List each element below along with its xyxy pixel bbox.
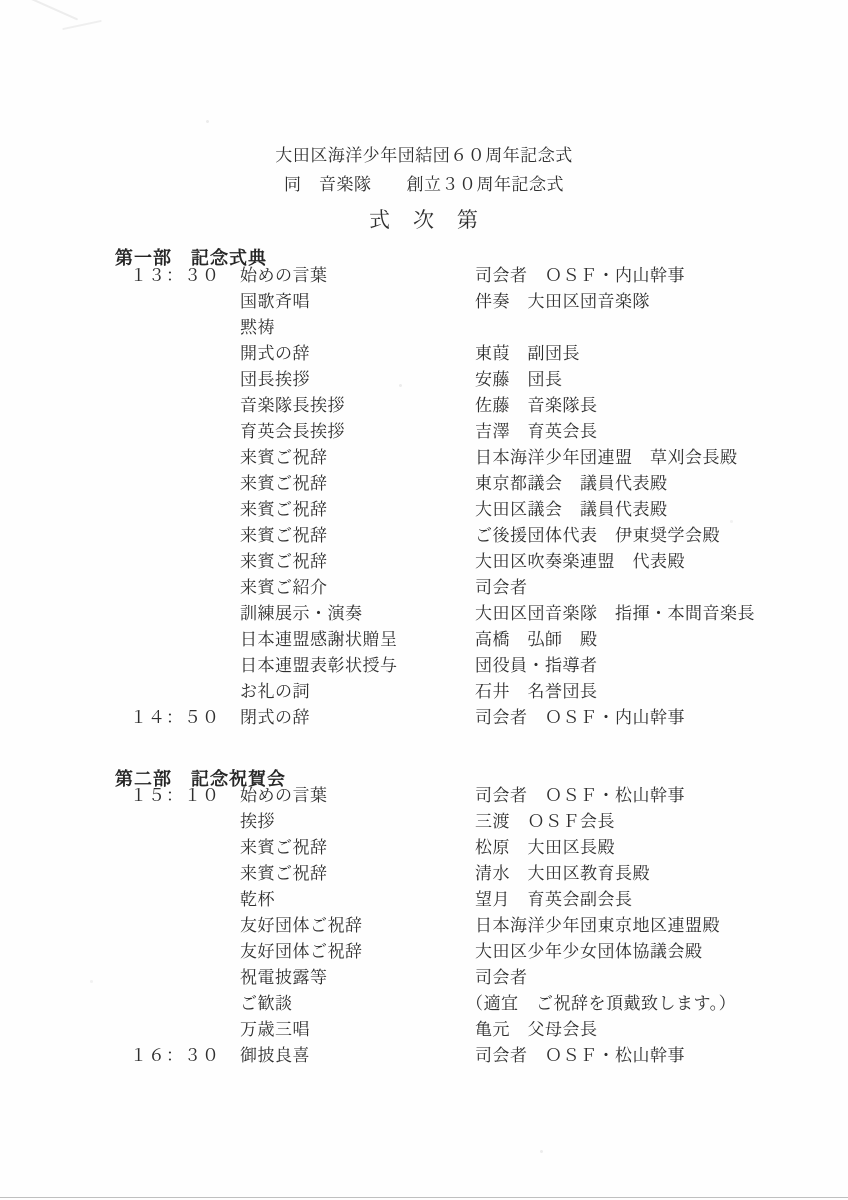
- time-cell: [130, 1017, 240, 1043]
- scan-speck: [540, 1150, 543, 1153]
- program-row: 来賓ご祝辞東京都議会 議員代表殿: [130, 471, 830, 497]
- item-cell: 友好団体ご祝辞: [240, 939, 475, 965]
- item-cell: 国歌斉唱: [240, 289, 475, 315]
- program-row: １６：３０御披良喜司会者 ＯＳＦ・松山幹事: [130, 1043, 830, 1069]
- detail-cell: 伴奏 大田区団音楽隊: [475, 289, 830, 315]
- time-cell: [130, 549, 240, 575]
- time-cell: [130, 913, 240, 939]
- item-cell: 閉式の辞: [240, 705, 475, 731]
- item-cell: 万歳三唱: [240, 1017, 475, 1043]
- detail-cell: 清水 大田区教育長殿: [475, 861, 830, 887]
- program-row: １４：５０閉式の辞司会者 ＯＳＦ・内山幹事: [130, 705, 830, 731]
- detail-cell: 東葭 副団長: [475, 341, 830, 367]
- item-cell: 挨拶: [240, 809, 475, 835]
- detail-cell: 東京都議会 議員代表殿: [475, 471, 830, 497]
- detail-cell: 司会者 ＯＳＦ・内山幹事: [475, 263, 830, 289]
- item-cell: ご歓談: [240, 991, 475, 1017]
- item-cell: 始めの言葉: [240, 263, 475, 289]
- program-row: 乾杯望月 育英会副会長: [130, 887, 830, 913]
- scan-speck: [730, 520, 733, 523]
- scan-speck: [90, 980, 93, 983]
- document-title-block: 大田区海洋少年団結団６０周年記念式 同 音楽隊 創立３０周年記念式 式 次 第: [0, 146, 848, 232]
- detail-cell: （適宜 ご祝辞を頂戴致します。）: [466, 991, 830, 1017]
- time-cell: [130, 887, 240, 913]
- program-row: 来賓ご祝辞大田区議会 議員代表殿: [130, 497, 830, 523]
- program-row: 国歌斉唱伴奏 大田区団音楽隊: [130, 289, 830, 315]
- item-cell: 祝電披露等: [240, 965, 475, 991]
- program-row: 音楽隊長挨拶佐藤 音楽隊長: [130, 393, 830, 419]
- detail-cell: ご後援団体代表 伊東奨学会殿: [475, 523, 830, 549]
- detail-cell: 団役員・指導者: [475, 653, 830, 679]
- item-cell: 御披良喜: [240, 1043, 475, 1069]
- item-cell: 来賓ご祝辞: [240, 523, 475, 549]
- detail-cell: 大田区吹奏楽連盟 代表殿: [475, 549, 830, 575]
- scan-artifact-mark: [62, 20, 102, 30]
- item-cell: 来賓ご祝辞: [240, 471, 475, 497]
- time-cell: [130, 471, 240, 497]
- detail-cell: 吉澤 育英会長: [475, 419, 830, 445]
- time-cell: [130, 445, 240, 471]
- section-1-program-rows: １３：３０始めの言葉司会者 ＯＳＦ・内山幹事国歌斉唱伴奏 大田区団音楽隊黙祷開式…: [130, 263, 830, 731]
- item-cell: 来賓ご祝辞: [240, 549, 475, 575]
- item-cell: お礼の詞: [240, 679, 475, 705]
- program-row: 訓練展示・演奏大田区団音楽隊 指揮・本間音楽長: [130, 601, 830, 627]
- program-row: ご歓談（適宜 ご祝辞を頂戴致します。）: [130, 991, 830, 1017]
- item-cell: 来賓ご紹介: [240, 575, 475, 601]
- program-row: お礼の詞石井 名誉団長: [130, 679, 830, 705]
- detail-cell: 大田区団音楽隊 指揮・本間音楽長: [475, 601, 830, 627]
- time-cell: [130, 991, 240, 1017]
- detail-cell: 三渡 ＯＳＦ会長: [475, 809, 830, 835]
- program-row: １３：３０始めの言葉司会者 ＯＳＦ・内山幹事: [130, 263, 830, 289]
- program-row: 来賓ご紹介司会者: [130, 575, 830, 601]
- time-cell: [130, 575, 240, 601]
- time-cell: [130, 627, 240, 653]
- time-cell: [130, 861, 240, 887]
- scan-speck: [399, 384, 402, 387]
- program-row: 万歳三唱亀元 父母会長: [130, 1017, 830, 1043]
- program-heading: 式 次 第: [0, 208, 848, 232]
- program-row: 育英会長挨拶吉澤 育英会長: [130, 419, 830, 445]
- time-cell: １４：５０: [130, 705, 240, 731]
- time-cell: [130, 679, 240, 705]
- document-title-line-1: 大田区海洋少年団結団６０周年記念式: [0, 146, 848, 166]
- time-cell: [130, 523, 240, 549]
- time-cell: [130, 965, 240, 991]
- detail-cell: 佐藤 音楽隊長: [475, 393, 830, 419]
- detail-cell: 安藤 団長: [475, 367, 830, 393]
- detail-cell: 大田区少年少女団体協議会殿: [475, 939, 830, 965]
- program-row: 日本連盟表彰状授与団役員・指導者: [130, 653, 830, 679]
- time-cell: [130, 497, 240, 523]
- program-row: 挨拶三渡 ＯＳＦ会長: [130, 809, 830, 835]
- time-cell: [130, 367, 240, 393]
- item-cell: 開式の辞: [240, 341, 475, 367]
- program-row: 友好団体ご祝辞日本海洋少年団東京地区連盟殿: [130, 913, 830, 939]
- program-row: １５：１０始めの言葉司会者 ＯＳＦ・松山幹事: [130, 783, 830, 809]
- item-cell: 始めの言葉: [240, 783, 475, 809]
- detail-cell: [475, 315, 830, 341]
- time-cell: [130, 419, 240, 445]
- time-cell: １３：３０: [130, 263, 240, 289]
- time-cell: [130, 341, 240, 367]
- item-cell: 団長挨拶: [240, 367, 475, 393]
- item-cell: 来賓ご祝辞: [240, 497, 475, 523]
- program-row: 日本連盟感謝状贈呈高橋 弘師 殿: [130, 627, 830, 653]
- detail-cell: 石井 名誉団長: [475, 679, 830, 705]
- time-cell: [130, 315, 240, 341]
- time-cell: [130, 835, 240, 861]
- item-cell: 音楽隊長挨拶: [240, 393, 475, 419]
- item-cell: 訓練展示・演奏: [240, 601, 475, 627]
- scan-artifact-mark: [30, 0, 78, 20]
- detail-cell: 司会者 ＯＳＦ・松山幹事: [475, 783, 830, 809]
- time-cell: １５：１０: [130, 783, 240, 809]
- program-row: 来賓ご祝辞日本海洋少年団連盟 草刈会長殿: [130, 445, 830, 471]
- program-row: 団長挨拶安藤 団長: [130, 367, 830, 393]
- time-cell: [130, 289, 240, 315]
- time-cell: [130, 939, 240, 965]
- program-row: 来賓ご祝辞ご後援団体代表 伊東奨学会殿: [130, 523, 830, 549]
- item-cell: 日本連盟表彰状授与: [240, 653, 475, 679]
- item-cell: 来賓ご祝辞: [240, 445, 475, 471]
- detail-cell: 日本海洋少年団東京地区連盟殿: [475, 913, 830, 939]
- document-title-line-2: 同 音楽隊 創立３０周年記念式: [0, 175, 848, 195]
- detail-cell: 司会者: [475, 965, 830, 991]
- item-cell: 友好団体ご祝辞: [240, 913, 475, 939]
- scanned-document-page: 大田区海洋少年団結団６０周年記念式 同 音楽隊 創立３０周年記念式 式 次 第 …: [0, 0, 848, 1200]
- time-cell: [130, 809, 240, 835]
- section-2-program-rows: １５：１０始めの言葉司会者 ＯＳＦ・松山幹事挨拶三渡 ＯＳＦ会長来賓ご祝辞松原 …: [130, 783, 830, 1069]
- scan-speck: [206, 120, 209, 123]
- time-cell: [130, 653, 240, 679]
- detail-cell: 亀元 父母会長: [475, 1017, 830, 1043]
- scan-edge-line: [0, 1197, 848, 1198]
- item-cell: 黙祷: [240, 315, 475, 341]
- program-row: 来賓ご祝辞清水 大田区教育長殿: [130, 861, 830, 887]
- item-cell: 日本連盟感謝状贈呈: [240, 627, 475, 653]
- item-cell: 育英会長挨拶: [240, 419, 475, 445]
- time-cell: [130, 393, 240, 419]
- detail-cell: 大田区議会 議員代表殿: [475, 497, 830, 523]
- program-row: 来賓ご祝辞松原 大田区長殿: [130, 835, 830, 861]
- time-cell: １６：３０: [130, 1043, 240, 1069]
- item-cell: 来賓ご祝辞: [240, 835, 475, 861]
- program-row: 開式の辞東葭 副団長: [130, 341, 830, 367]
- item-cell: 来賓ご祝辞: [240, 861, 475, 887]
- detail-cell: 日本海洋少年団連盟 草刈会長殿: [475, 445, 830, 471]
- detail-cell: 司会者: [475, 575, 830, 601]
- program-row: 友好団体ご祝辞大田区少年少女団体協議会殿: [130, 939, 830, 965]
- program-row: 来賓ご祝辞大田区吹奏楽連盟 代表殿: [130, 549, 830, 575]
- time-cell: [130, 601, 240, 627]
- program-row: 祝電披露等司会者: [130, 965, 830, 991]
- detail-cell: 高橋 弘師 殿: [475, 627, 830, 653]
- detail-cell: 望月 育英会副会長: [475, 887, 830, 913]
- detail-cell: 司会者 ＯＳＦ・松山幹事: [475, 1043, 830, 1069]
- program-row: 黙祷: [130, 315, 830, 341]
- item-cell: 乾杯: [240, 887, 475, 913]
- detail-cell: 司会者 ＯＳＦ・内山幹事: [475, 705, 830, 731]
- detail-cell: 松原 大田区長殿: [475, 835, 830, 861]
